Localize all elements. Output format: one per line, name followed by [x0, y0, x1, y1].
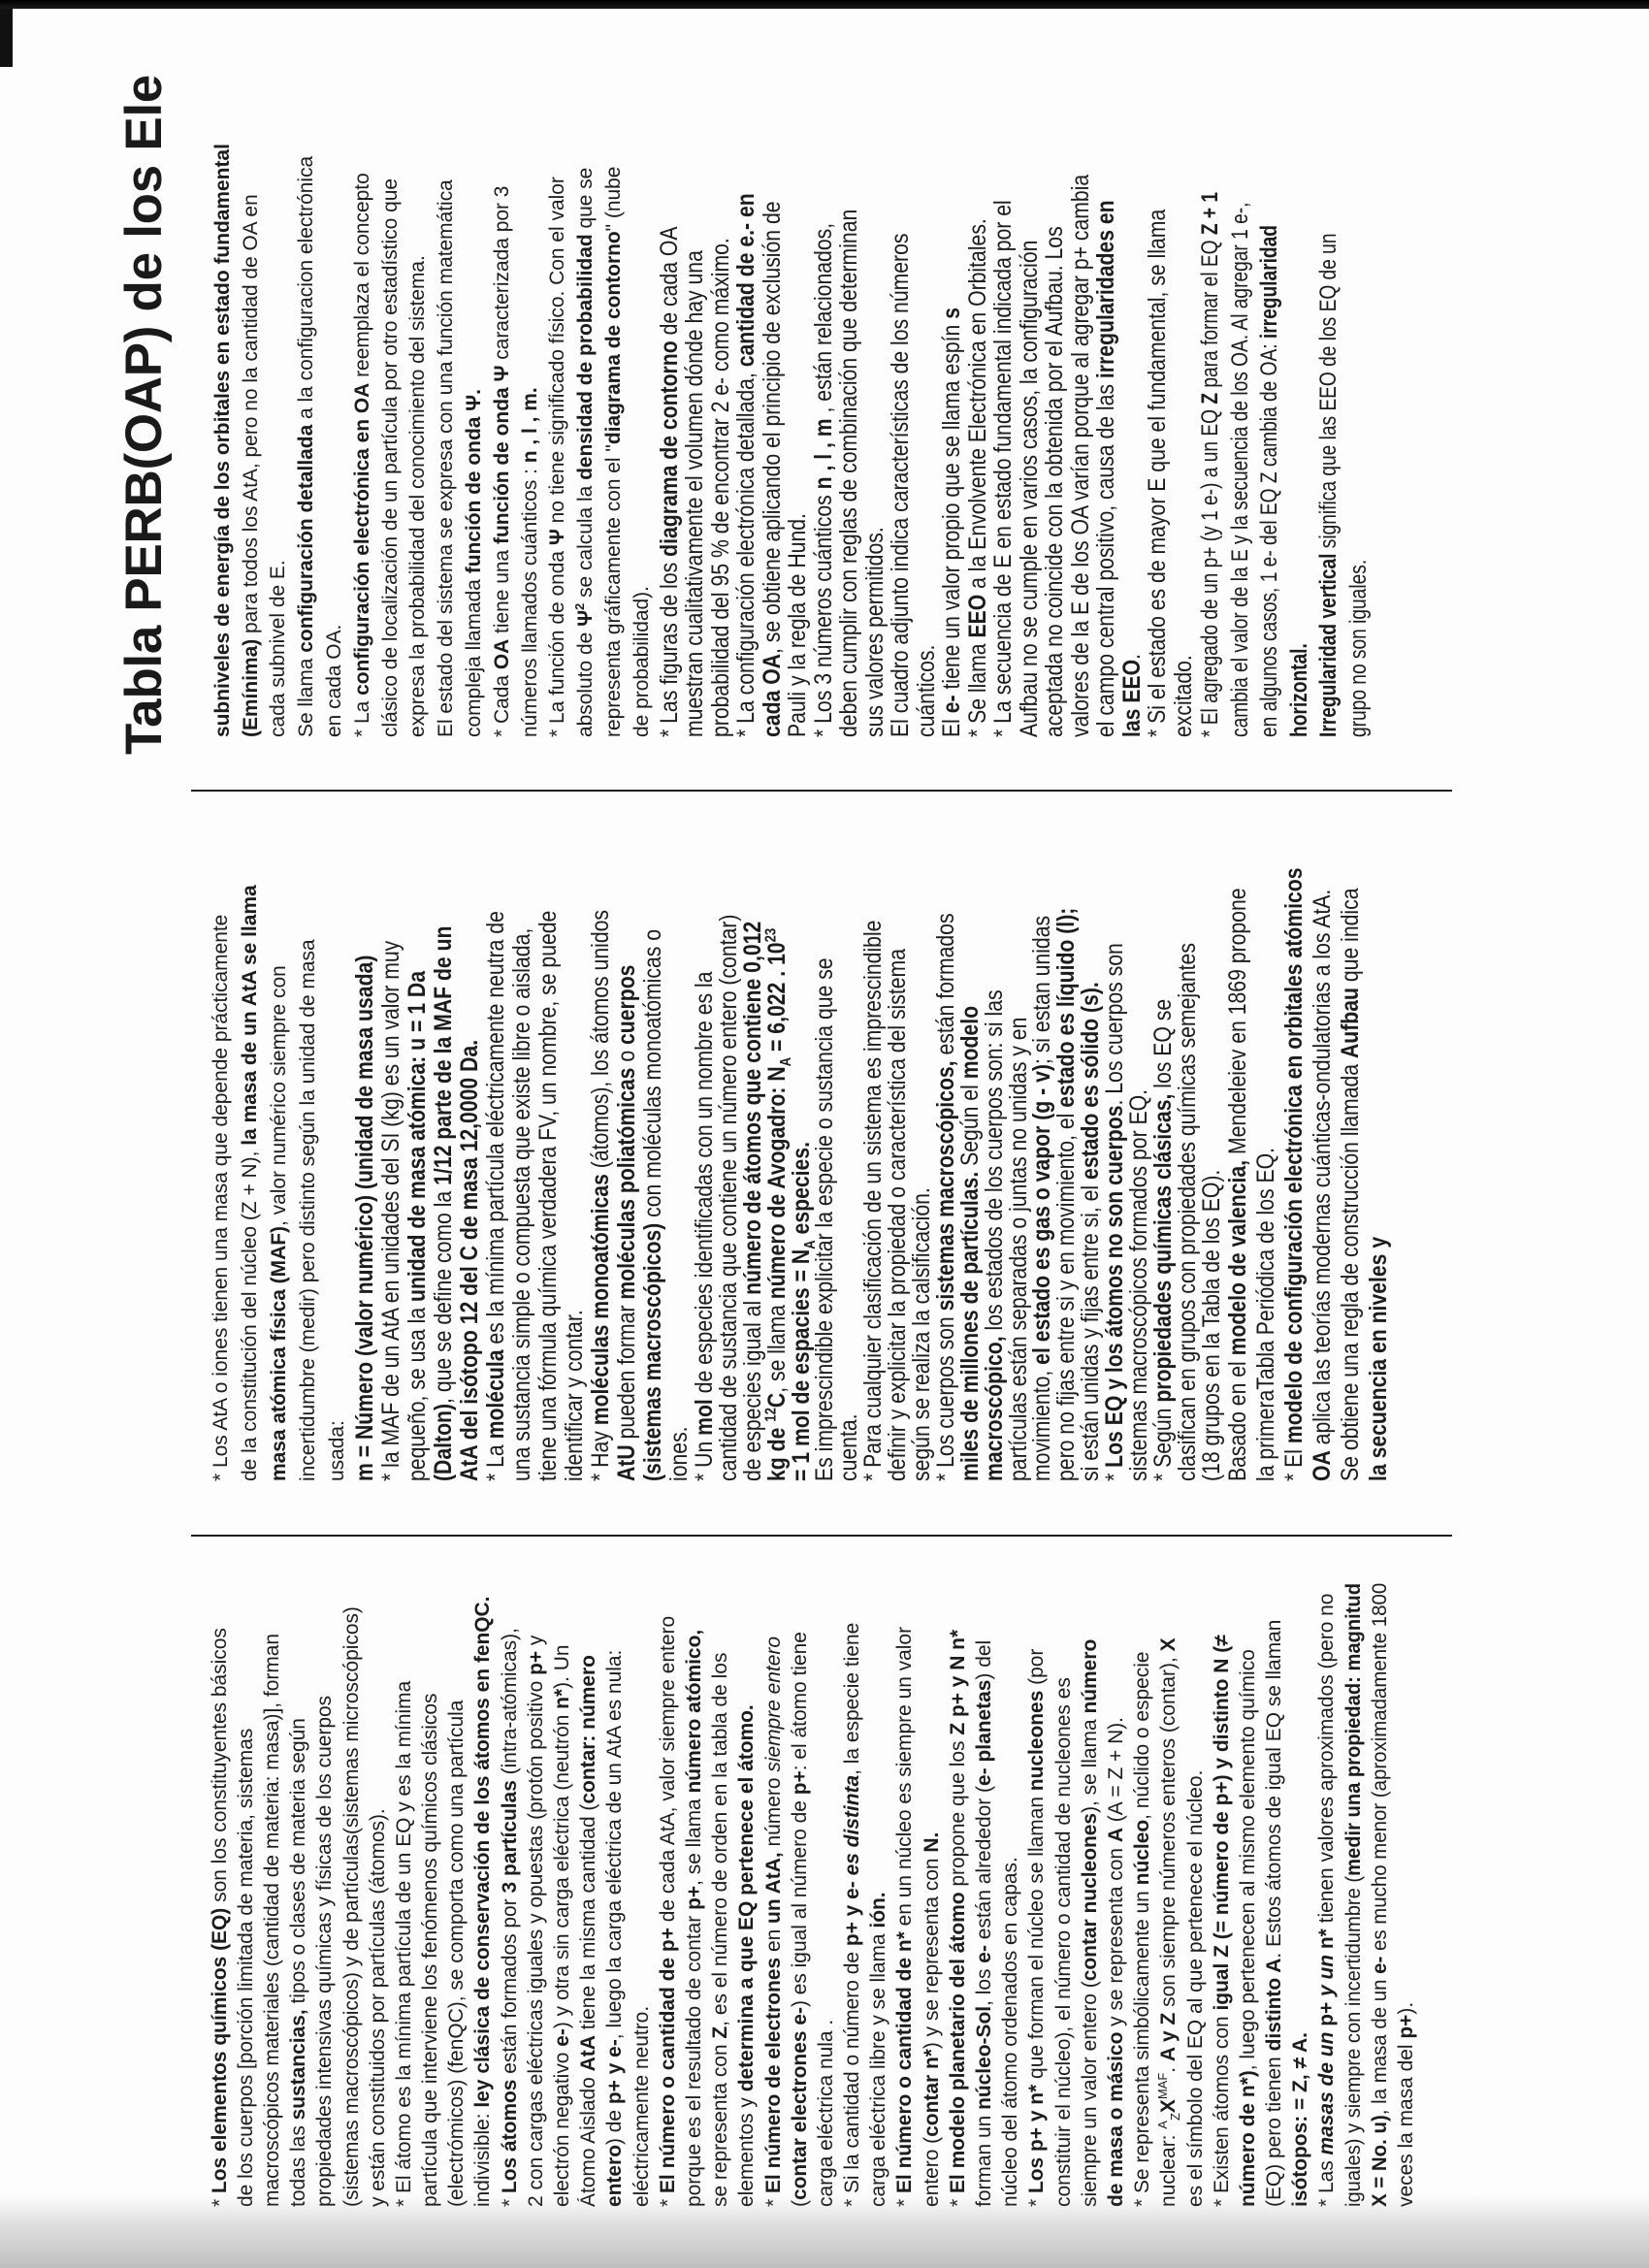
- text-line: * Las masas de un p+ y un n* tienen valo…: [1313, 1583, 1340, 2207]
- bold-text: es distinta: [841, 1775, 863, 1876]
- scan-shadow: [0, 2194, 1649, 2268]
- text-line: de la constitución del núcleo (Z + N), l…: [236, 841, 265, 1481]
- bold-text: p+: [683, 1886, 705, 1910]
- text-line: * Si el estado es de mayor E que el fund…: [1145, 128, 1171, 737]
- text-line: definir y explicitar la propiedad o cara…: [886, 841, 910, 1481]
- bold-text: contar nucleones: [1079, 1813, 1101, 1981]
- bold-text: macroscópico,: [981, 1336, 1008, 1481]
- bold-text: n*: [551, 1689, 573, 1709]
- bold-text: diagrama de contorno: [602, 231, 625, 444]
- bold-text: A: [1105, 1828, 1127, 1842]
- text-line: * Las figuras de los diagrama de contorn…: [657, 128, 683, 737]
- bold-text: distinto A: [1263, 1959, 1285, 2052]
- text-line: si están unidas y fijas entre si, el est…: [1079, 841, 1103, 1481]
- column-1-text: * Los elementos químicos (EQ) son los co…: [207, 1581, 1420, 2207]
- text-line: iguales) y siempre con incertidumbre (me…: [1341, 1607, 1367, 2207]
- text-line: identificar y contar.: [562, 841, 588, 1481]
- text-line: * La función de onda Ψ no tiene signific…: [544, 128, 572, 737]
- text-line: X = No. u), la masa de un e- es mucho me…: [1367, 1599, 1393, 2207]
- text-line: * Según propiedades químicas clásicas, l…: [1151, 841, 1176, 1481]
- text-line: partícula que interviene los fenómenos q…: [417, 1583, 443, 2207]
- bold-text: nucleones: [1025, 1691, 1048, 1792]
- bold-text: ión.: [867, 1892, 889, 1928]
- bold-text: N.: [921, 1832, 943, 1853]
- text-line: * Si la cantidad o número de p+ y e- es …: [839, 1583, 865, 2207]
- text-line: iones.: [666, 841, 693, 1481]
- bold-text: X = No. u): [1369, 2115, 1391, 2207]
- bold-text: 3 partículas: [499, 1780, 521, 1893]
- text-line: * Los 3 números cuánticos n , l , m , es…: [811, 128, 837, 737]
- bold-text: (sistemas macroscópicos): [639, 1223, 666, 1481]
- text-line: una sustancia simple o compuesta que exi…: [509, 841, 535, 1481]
- text-line: cada OA, se obtiene aplicando el princip…: [760, 128, 786, 737]
- text-line: miles de millones de partículas. Según e…: [958, 841, 983, 1481]
- bold-text: OA: [1309, 1450, 1336, 1481]
- bold-text: número atómico,: [683, 1630, 705, 1794]
- text-line: Átomo Aislado AtA tiene la misma cantida…: [575, 1583, 601, 2207]
- text-line: (Dalton), que se define como la 1/12 par…: [431, 841, 457, 1481]
- bold-text: El número de electrones: [762, 1958, 785, 2193]
- bold-text: contar: número: [577, 1655, 599, 1804]
- bold-text: m = Número (valor numérico) (unidad de m…: [351, 956, 378, 1481]
- text-line: elementos y determina a que EQ pertenece…: [733, 1583, 760, 2207]
- bold-text: propiedades químicas clásicas,: [1149, 1094, 1177, 1403]
- text-line: cuánticos.: [914, 128, 940, 737]
- text-line: * Los átomos están formados por 3 partíc…: [497, 1583, 523, 2207]
- bold-text: n , l , m: [810, 418, 837, 489]
- text-line: número de n*), luego pertenecen al mismo…: [1235, 1583, 1261, 2207]
- text-line: tiene una fórmula química verdadera FV, …: [535, 841, 562, 1481]
- text-line: representa gráficamente con el "diagrama…: [600, 128, 629, 737]
- text-line: El e- tiene un valor propio que se llama…: [939, 128, 965, 737]
- bold-text: s: [938, 308, 965, 319]
- text-line: pero no fijas entre si y en movimiento, …: [1054, 841, 1079, 1481]
- column-2: * Los AtA o iones tienen una masa que de…: [207, 839, 1393, 1481]
- text-line: la primeraTabla Periódica de los EQ.: [1252, 841, 1280, 1481]
- text-line: y están constituidos por partículas (áto…: [365, 1583, 391, 2207]
- bold-text: moléculas monoatómicas: [587, 1174, 614, 1425]
- bold-text: determina a que EQ pertenece el átomo.: [735, 1704, 758, 2091]
- bold-text: subniveles de energía de los orbitales e…: [211, 144, 234, 737]
- bold-text: X: [1157, 1637, 1180, 1651]
- text-line: cada subnivel de E.: [265, 128, 293, 737]
- bold-text: AtA del isótopo 12 del C de masa 12,0000…: [456, 1040, 483, 1481]
- column-divider-2: [191, 790, 1452, 792]
- text-line: indivisible: ley clásica de conservación…: [469, 1583, 496, 2207]
- text-line: * Los p+ y n* que forman el núcleo se ll…: [1023, 1583, 1050, 2207]
- text-line: AtU pueden formar moléculas poliatómicas…: [614, 841, 640, 1481]
- text-line: cuenta.: [837, 841, 861, 1481]
- text-line: núcleo del átomo ordenados en capas.: [997, 1583, 1023, 2207]
- bold-text: función de onda Ψ.: [463, 389, 485, 573]
- text-line: * Se llama EEO a la Envolvente Electróni…: [965, 128, 991, 737]
- bold-text: EEO: [964, 595, 991, 638]
- text-line: siempre un valor entero (contar nucleone…: [1077, 1583, 1103, 2207]
- text-line: grupo no son iguales.: [1344, 128, 1374, 737]
- superscript: MAF: [1155, 2073, 1170, 2099]
- text-line: usada:: [323, 841, 352, 1481]
- text-line: * Los elementos químicos (EQ) son los co…: [207, 1583, 233, 2207]
- text-line: * la MAF de un AtA en unidades del SI (k…: [378, 841, 404, 1481]
- text-line: El estado del sistema se expresa con una…: [433, 128, 461, 737]
- text-line: (sistemas macroscópicos) con moléculas m…: [640, 841, 666, 1481]
- text-line: absoluto de Ψ2 se calcula la densidad de…: [572, 128, 600, 737]
- text-line: compleja llamada función de onda Ψ.: [461, 128, 489, 737]
- text-line: subniveles de energía de los orbitales e…: [210, 128, 238, 737]
- text-line: (contar electrones e-) es igual al númer…: [787, 1583, 813, 2207]
- text-line: pequeño, se usa la unidad de masa atómic…: [404, 841, 431, 1481]
- superscript: 23: [762, 928, 779, 943]
- bold-text: densidad de probabilidad: [574, 234, 597, 480]
- bold-text: modelo de configuración electrónica en o…: [1280, 868, 1308, 1444]
- bold-text: p+ y e-: [603, 2039, 626, 2104]
- text-line: carga eléctrica libre y se llama ión.: [865, 1583, 891, 2207]
- bold-text: igual Z (= número de p+) y distinto N (≠: [1211, 1635, 1233, 2010]
- column-3-block-3: * El agregado de un p+ (y 1 e-) a un EQ …: [1196, 126, 1374, 737]
- text-line: cambia el valor de la E y la secuencia d…: [1226, 128, 1256, 737]
- bold-text: ley clásica de conservación de los átomo…: [471, 1597, 494, 2108]
- bold-text: función de onda Ψ: [491, 366, 513, 544]
- text-line: (sistemas macroscópicos) y de partículas…: [339, 1583, 365, 2207]
- text-line: Irregularidad vertical significa que las…: [1314, 128, 1344, 737]
- text-line: * El número de electrones en un AtA, núm…: [760, 1583, 787, 2207]
- subscript: Z: [1169, 2113, 1183, 2121]
- document-page: Tabla PERB(OAP) de los Ele * Los element…: [0, 0, 1649, 2268]
- text-line: * El agregado de un p+ (y 1 e-) a un EQ …: [1196, 128, 1226, 737]
- bold-text: número de átomos que contiene 0,012: [739, 922, 766, 1295]
- text-line: propiedades intensivas químicas y física…: [311, 1583, 338, 2207]
- bold-text: sistemas macroscópicos,: [932, 1060, 959, 1311]
- text-line: muestran cualitativamente el volumen dón…: [682, 128, 708, 737]
- scan-edge-band: [0, 0, 1649, 9]
- bold-text: El número o cantidad de p+: [657, 1928, 679, 2193]
- bold-text: isótopos: = Z, ≠ A.: [1289, 2032, 1311, 2207]
- text-line: = 1 mol de espacies = NA especies.: [790, 841, 814, 1481]
- text-line: * El número o cantidad de p+ de cada AtA…: [655, 1583, 681, 2207]
- bold-text: Z + 1: [1197, 192, 1223, 235]
- text-line: * La secuencia de E en estado fundamenta…: [990, 128, 1017, 737]
- text-line: * Hay moléculas monoatómicas (átomos), l…: [588, 841, 614, 1481]
- bold-text: OA: [491, 639, 513, 669]
- bold-text: un AtA,: [762, 1852, 785, 1924]
- text-line: en algunos casos, 1 e- del EQ Z cambia d…: [1255, 128, 1285, 737]
- bold-text: la secuencia en niveles y: [1365, 1237, 1392, 1481]
- text-line: clasifican en grupos con propiedades quí…: [1176, 841, 1200, 1481]
- text-line: Se obtiene una regla de construcción lla…: [1337, 841, 1365, 1481]
- bold-text: estado es líquido (l);: [1052, 908, 1080, 1108]
- text-line: según se realiza la calsificación.: [910, 841, 934, 1481]
- text-line: clásico de localización de un partícula …: [377, 128, 405, 737]
- text-line: nuclear: AZXMAF. A y Z son siempre númer…: [1155, 1583, 1181, 2207]
- text-line: expresa la probabilidad del conocimiento…: [404, 128, 433, 737]
- bold-text: número de n*): [1237, 2070, 1259, 2207]
- column-3-block-2: * Las figuras de los diagrama de contorn…: [657, 126, 1197, 737]
- text-line: Es imprescindible explicitar la especie …: [813, 841, 837, 1481]
- bold-text: diagrama de contorno: [656, 340, 683, 557]
- text-line: kg de 12C, se llama número de Avogadro: …: [765, 841, 790, 1481]
- italic-text: es distinta: [841, 1775, 863, 1876]
- superscript: 2: [572, 603, 587, 610]
- text-line: de probabilidad).: [629, 128, 657, 737]
- bold-text: cada OA: [759, 654, 786, 737]
- bold-text: miles de millones de partículas.: [956, 1172, 984, 1481]
- column-2-block-4: Basado en el modelo de valencia, Mendele…: [1224, 839, 1393, 1481]
- bold-text: X: [1157, 2099, 1180, 2113]
- text-line: constituir el núcleo), el número o canti…: [1051, 1583, 1077, 2207]
- bold-text: número: [1079, 1639, 1101, 1714]
- text-line: Pauli y la regla de Hund.: [785, 128, 811, 737]
- bold-text: número de Avogadro: NA = 6,022 . 1023: [763, 928, 791, 1299]
- text-line: * La configuración electrónica detallada…: [733, 128, 760, 737]
- bold-text: irregularidades en: [1092, 200, 1119, 378]
- scan-corner-mark: [0, 9, 13, 67]
- bold-text: = 1 mol de espacies = NA especies.: [788, 1142, 815, 1481]
- bold-text: molécula: [482, 1350, 509, 1440]
- bold-text: Ψ: [546, 529, 568, 545]
- text-line: de los cuerpos [porción limitada de mate…: [233, 1583, 259, 2207]
- text-line: excitado.: [1171, 128, 1197, 737]
- bold-text: estado es sólido (s).: [1077, 982, 1104, 1180]
- text-line: eléctricamente neutro.: [629, 1583, 655, 2207]
- text-line: partículas están separadas o juntas no u…: [1007, 841, 1031, 1481]
- text-line: entero) de p+ y e-, luego la carga eléct…: [601, 1583, 628, 2207]
- bold-text: contar electrones e-: [789, 2007, 811, 2200]
- bold-text: unidad de masa atómica: u = 1 Da: [404, 971, 431, 1302]
- bold-text: e-: [938, 695, 965, 713]
- bold-text: el estado es gas o vapor (g - v): [1028, 1064, 1055, 1365]
- bold-text: medir una propiedad: magnitud: [1342, 1583, 1365, 1876]
- text-line: aceptada no coincide con la obtenida por…: [1042, 128, 1068, 737]
- text-line: Aufbau no se cumple en varios casos, la …: [1017, 128, 1043, 737]
- text-line: porque es el resultado de contar p+, se …: [681, 1583, 707, 2207]
- bold-text: A y Z: [1157, 2013, 1180, 2061]
- column-3-block-1: subniveles de energía de los orbitales e…: [210, 126, 657, 737]
- text-line: de masa o másico y se representa con A (…: [1103, 1583, 1129, 2207]
- bold-text: configuración electrónica en OA: [351, 383, 373, 696]
- italic-text: masas de un: [1315, 2032, 1338, 2155]
- bold-text: AtA: [577, 2035, 599, 2071]
- text-line: cantidad de sustancia que contiene un nú…: [717, 841, 741, 1481]
- bold-text: AtU: [613, 1444, 640, 1481]
- text-line: se representa con Z, es el número de ord…: [707, 1583, 733, 2207]
- bold-text: horizontal.: [1286, 643, 1312, 737]
- bold-text: e-: [1369, 1957, 1391, 1974]
- text-line: Basado en el modelo de valencia, Mendele…: [1224, 841, 1252, 1481]
- bold-text: sustancias,: [287, 2009, 309, 2120]
- column-2-block-2: m = Número (valor numérico) (unidad de m…: [352, 839, 693, 1481]
- text-line: sistemas macroscópicos formados por EQ.: [1127, 841, 1151, 1481]
- column-3: subniveles de energía de los orbitales e…: [210, 126, 1374, 737]
- text-line: valores de la E de los OA varían porque …: [1068, 128, 1094, 737]
- text-line: * El modelo de configuración electrónica…: [1280, 841, 1309, 1481]
- bold-text: la masa de un AtA se llama: [239, 885, 261, 1145]
- text-line: * El número o cantidad de n* en un núcle…: [891, 1583, 918, 2207]
- italic-text: y un: [1315, 1955, 1338, 1996]
- text-line: 2 con cargas eléctricas iguales y opuest…: [523, 1583, 549, 2207]
- bold-text: e-: [973, 1945, 995, 1963]
- text-line: * Existen átomos con igual Z (= número d…: [1209, 1583, 1235, 2207]
- text-line: macroscópico, los estados de los cuerpos…: [983, 841, 1007, 1481]
- bold-text: núcleo-Sol: [973, 2006, 995, 2110]
- bold-text: irregularidad: [1256, 225, 1282, 339]
- bold-text: 1/12 parte de la MAF de un: [430, 926, 457, 1185]
- bold-text: n , l , m.: [519, 387, 541, 463]
- text-line: m = Número (valor numérico) (unidad de m…: [352, 841, 378, 1481]
- bold-text: Irregularidad vertical: [1315, 554, 1342, 737]
- text-line: * Los cuerpos son sistemas macroscópicos…: [934, 841, 958, 1481]
- text-line: es el símbolo del EQ al que pertenece el…: [1182, 1583, 1209, 2207]
- text-line: El cuadro adjunto indica características…: [888, 128, 914, 737]
- bold-text: núcleo: [1131, 1820, 1153, 1885]
- bold-text: p+: [525, 1651, 547, 1675]
- text-line: (Emínima) para todos los AtA, pero no la…: [238, 128, 266, 737]
- bold-text: las EEO: [1118, 660, 1146, 737]
- text-line: * El modelo planetario del átomo propone…: [945, 1583, 971, 2207]
- text-line: electrón negativo e-) y otra sin carga e…: [549, 1583, 575, 2207]
- text-line: carga eléctrica nula .: [813, 1583, 839, 2207]
- bold-text: Ψ2: [574, 603, 597, 627]
- text-line: probabilidad del 95 % de encontrar 2 e- …: [708, 128, 734, 737]
- text-line: (EQ) pero tienen distinto A. Estos átomo…: [1261, 1583, 1287, 2207]
- text-line: * El átomo es la mínima partícula de un …: [391, 1583, 417, 2207]
- column-divider-1: [191, 1535, 1452, 1537]
- page-title: Tabla PERB(OAP) de los Ele: [118, 75, 170, 755]
- text-line: la secuencia en niveles y: [1365, 841, 1393, 1481]
- text-line: macroscópicos materiales (cantidad de ma…: [259, 1583, 285, 2207]
- text-line: * Los EQ y los átomos no son cuerpos. Lo…: [1103, 841, 1127, 1481]
- bold-text: e-: [551, 2028, 573, 2047]
- bold-text: p+ y e-: [841, 1881, 863, 1946]
- bold-text: de masa o másico: [1105, 2032, 1127, 2207]
- column-2-block-3: * Un mol de especies identificadas con u…: [693, 839, 1224, 1481]
- bold-text: El modelo planetario del átomo: [947, 1892, 969, 2193]
- text-line: veces la masa del p+).: [1393, 1583, 1419, 2207]
- text-line: horizontal.: [1285, 128, 1315, 737]
- text-line: masa atómica física (MAF), valor numéric…: [265, 841, 294, 1481]
- bold-text: masas de un p+ y un n*: [1315, 1928, 1338, 2155]
- text-line: Se llama configuración detallada a la co…: [293, 128, 321, 737]
- bold-text: (Dalton): [430, 1404, 457, 1481]
- text-line: OA aplica las teorías modernas cuánticas…: [1309, 841, 1337, 1481]
- text-line: * Para cualquier clasificación de un sis…: [861, 841, 886, 1481]
- bold-text: p+: [789, 1770, 811, 1795]
- bold-text: El número o cantidad de n*: [893, 1931, 916, 2193]
- bold-text: modelo de valencia,: [1224, 1160, 1251, 1355]
- text-line: números llamados cuánticos : n , l , m.: [517, 128, 545, 737]
- text-line: AtA del isótopo 12 del C de masa 12,0000…: [457, 841, 483, 1481]
- bold-text: p+: [1395, 2015, 1417, 2039]
- bold-text: configuración detallada: [295, 425, 317, 653]
- bold-text: Z: [1197, 393, 1223, 405]
- bold-text: (Emínima): [240, 639, 262, 737]
- bold-text: cuerpos: [613, 965, 640, 1045]
- text-line: las EEO.: [1119, 128, 1146, 737]
- text-line: el campo central positivo, causa de las …: [1093, 128, 1119, 737]
- text-line: entero (contar n*) y se representa con N…: [919, 1583, 945, 2207]
- text-line: todas las sustancias, tipos o clases de …: [285, 1583, 311, 2207]
- text-line: * Se representa simbólicamente un núcleo…: [1129, 1583, 1155, 2207]
- bold-text: contar n*: [921, 2049, 943, 2137]
- column-1: * Los elementos químicos (EQ) son los co…: [207, 1581, 1420, 2207]
- text-line: sus valores permitidos.: [862, 128, 889, 737]
- bold-text: moléculas poliatómicas: [613, 1068, 640, 1300]
- text-line: * La configuración electrónica en OA ree…: [349, 128, 377, 737]
- text-line: en cada OA.: [321, 128, 349, 737]
- bold-text: Los EQ y los átomos no son cuerpos: [1101, 1106, 1128, 1468]
- bold-text: mol: [691, 1399, 718, 1436]
- text-line: (electrómicos) (fenQC), se comporta como…: [443, 1583, 469, 2207]
- text-line: * Cada OA tiene una función de onda Ψ ca…: [489, 128, 517, 737]
- text-line: deben cumplir con reglas de combinación …: [836, 128, 862, 737]
- superscript: 12: [762, 1408, 779, 1422]
- bold-text: Los p+ y n*: [1025, 2085, 1048, 2193]
- bold-text: Z p+ y N n*: [947, 1630, 969, 1735]
- text-line: * La molécula es la mínima partícula elé…: [483, 841, 509, 1481]
- superscript: A: [1155, 2121, 1170, 2129]
- bold-text: Los átomos: [499, 2080, 521, 2193]
- italic-text: siempre entero: [762, 1636, 785, 1772]
- text-line: de especies igual al número de átomos qu…: [741, 841, 765, 1481]
- bold-text: Z: [709, 2026, 731, 2039]
- bold-text: modelo: [956, 1006, 984, 1079]
- text-line: forman un núcleo-Sol, los e- están alred…: [971, 1583, 997, 2207]
- text-line: movimiento, el estado es gas o vapor (g …: [1030, 841, 1054, 1481]
- text-line: (18 grupos en la Tabla de los EQ).: [1200, 841, 1224, 1481]
- text-line: * Un mol de especies identificadas con u…: [693, 841, 717, 1481]
- text-line: incertidumbre (medir) pero distinto segú…: [294, 841, 323, 1481]
- bold-text: masa atómica física (MAF): [268, 1226, 290, 1481]
- column-2-block-1: * Los AtA o iones tienen una masa que de…: [207, 839, 352, 1481]
- text-line: * Los AtA o iones tienen una masa que de…: [207, 841, 236, 1481]
- bold-text: Aufbau: [1337, 988, 1364, 1058]
- text-line: isótopos: = Z, ≠ A.: [1287, 1583, 1313, 2207]
- bold-text: kg de 12C: [763, 1393, 791, 1481]
- bold-text: Los elementos químicos (EQ): [209, 1908, 231, 2193]
- bold-text: cantidad de e.- en: [732, 193, 760, 367]
- bold-text: e- planetas: [973, 1680, 995, 1786]
